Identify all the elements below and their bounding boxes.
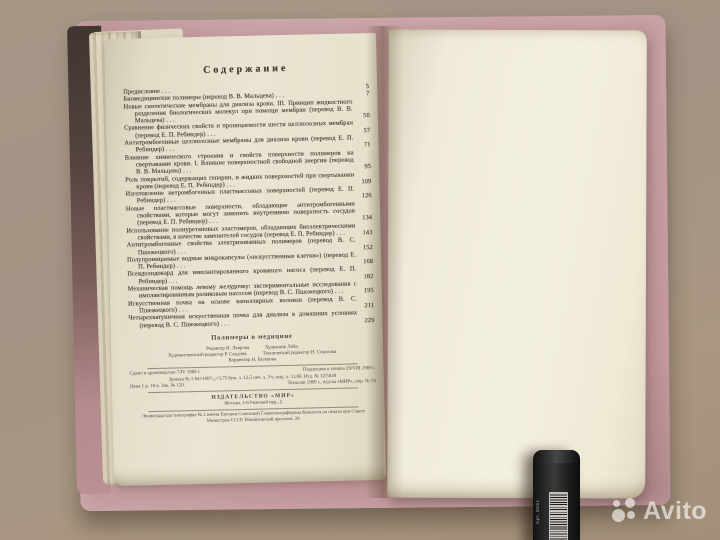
avito-logo-icon xyxy=(612,498,638,524)
book-title: Полимеры в медицине xyxy=(129,331,375,344)
marker-pen: Арт. 8041 xyxy=(533,450,580,540)
photo-scene: Содержание Предисловие 5 Биомедицинские … xyxy=(0,0,720,540)
toc-entry-page-number: 71 xyxy=(353,141,370,149)
toc-entry-page-number: 95 xyxy=(354,163,371,171)
marker-cap xyxy=(536,450,577,463)
toc-entry-page-number: 134 xyxy=(355,214,372,222)
production-price: Цена 1 р. 10 к. Зак. № 120. xyxy=(130,383,185,390)
toc-entry-page-number: 7 xyxy=(352,90,369,98)
toc-entry-page-number: 229 xyxy=(357,317,374,325)
production-plan: Темплан 1969 г., изд-ва «МИР», пор. № 74 xyxy=(288,379,376,387)
toc-entry-page-number: 152 xyxy=(356,244,373,252)
marker-article-label: Арт. 8041 xyxy=(535,484,545,524)
toc-entry-page-number: 168 xyxy=(356,258,373,266)
toc-entry-page-number: 195 xyxy=(357,287,374,295)
toc-entry-page-number: 182 xyxy=(356,273,373,281)
toc-entry-page-number: 211 xyxy=(357,302,374,310)
toc-entry-page-number: 50 xyxy=(353,112,370,120)
toc-entry-page-number: 143 xyxy=(355,229,372,237)
avito-watermark-label: Avito xyxy=(643,498,707,524)
toc-entry-page-number: 109 xyxy=(354,178,371,186)
toc-heading: Содержание xyxy=(123,61,369,78)
blank-right-page xyxy=(387,30,647,499)
toc-list: Предисловие 5 Биомедицинские полимеры (п… xyxy=(123,83,374,329)
barcode-sticker xyxy=(549,492,568,540)
toc-entry-page-number: 126 xyxy=(355,193,372,201)
contents-page: Содержание Предисловие 5 Биомедицинские … xyxy=(104,33,386,486)
toc-entry-page-number: 57 xyxy=(353,127,370,135)
colophon-block: Полимеры в медицине Редактор И. Лаврова … xyxy=(129,331,377,426)
avito-watermark: Avito xyxy=(612,498,707,524)
